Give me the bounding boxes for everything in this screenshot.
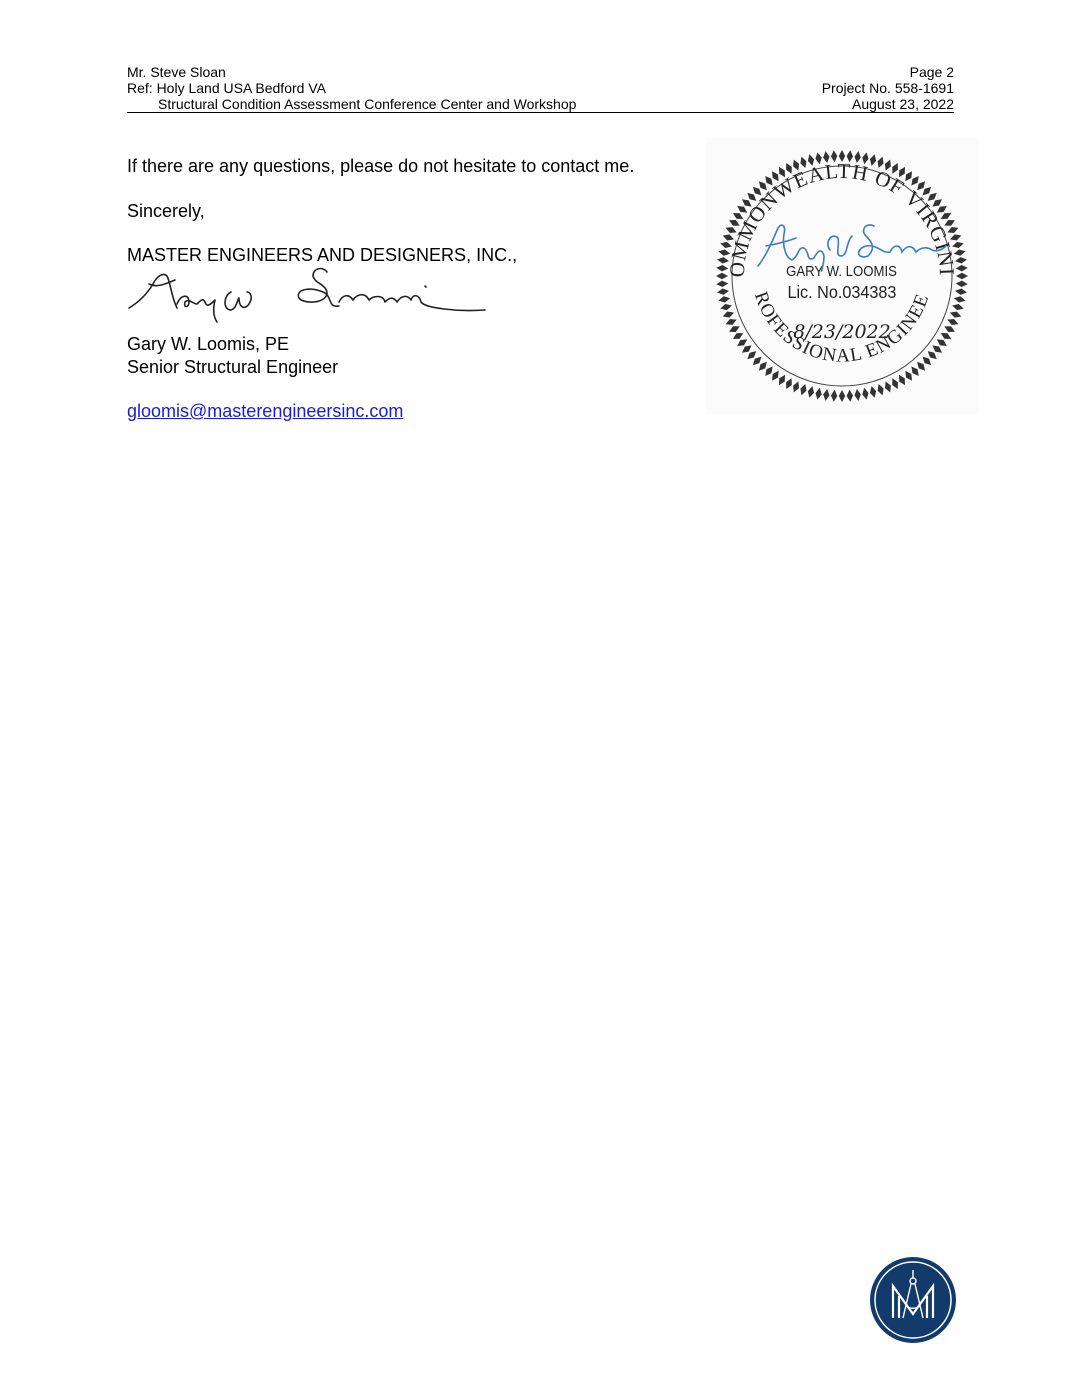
page-number: Page 2 [910,64,954,80]
company-logo [869,1256,957,1344]
subject: Structural Condition Assessment Conferen… [127,96,576,112]
email-link[interactable]: gloomis@masterengineersinc.com [127,400,403,422]
salutation: Sincerely, [127,200,205,222]
seal-name: GARY W. LOOMIS [786,262,897,279]
signer-name: Gary W. Loomis, PE [127,333,289,355]
professional-engineer-seal: COMMONWEALTH OF VIRGINIA PROFESSIONAL EN… [706,138,978,414]
handwritten-signature [127,264,492,326]
letter-date: August 23, 2022 [852,96,954,112]
closing-line: If there are any questions, please do no… [127,155,634,177]
reference: Ref: Holy Land USA Bedford VA [127,80,326,96]
seal-date: 8/23/2022 [793,321,890,343]
seal-license: Lic. No.034383 [787,282,896,302]
recipient: Mr. Steve Sloan [127,64,226,80]
letter-header: Mr. Steve Sloan Page 2 Ref: Holy Land US… [127,64,954,113]
project-number: Project No. 558-1691 [822,80,954,96]
company-name: MASTER ENGINEERS AND DESIGNERS, INC., [127,244,517,266]
signer-title: Senior Structural Engineer [127,356,338,378]
